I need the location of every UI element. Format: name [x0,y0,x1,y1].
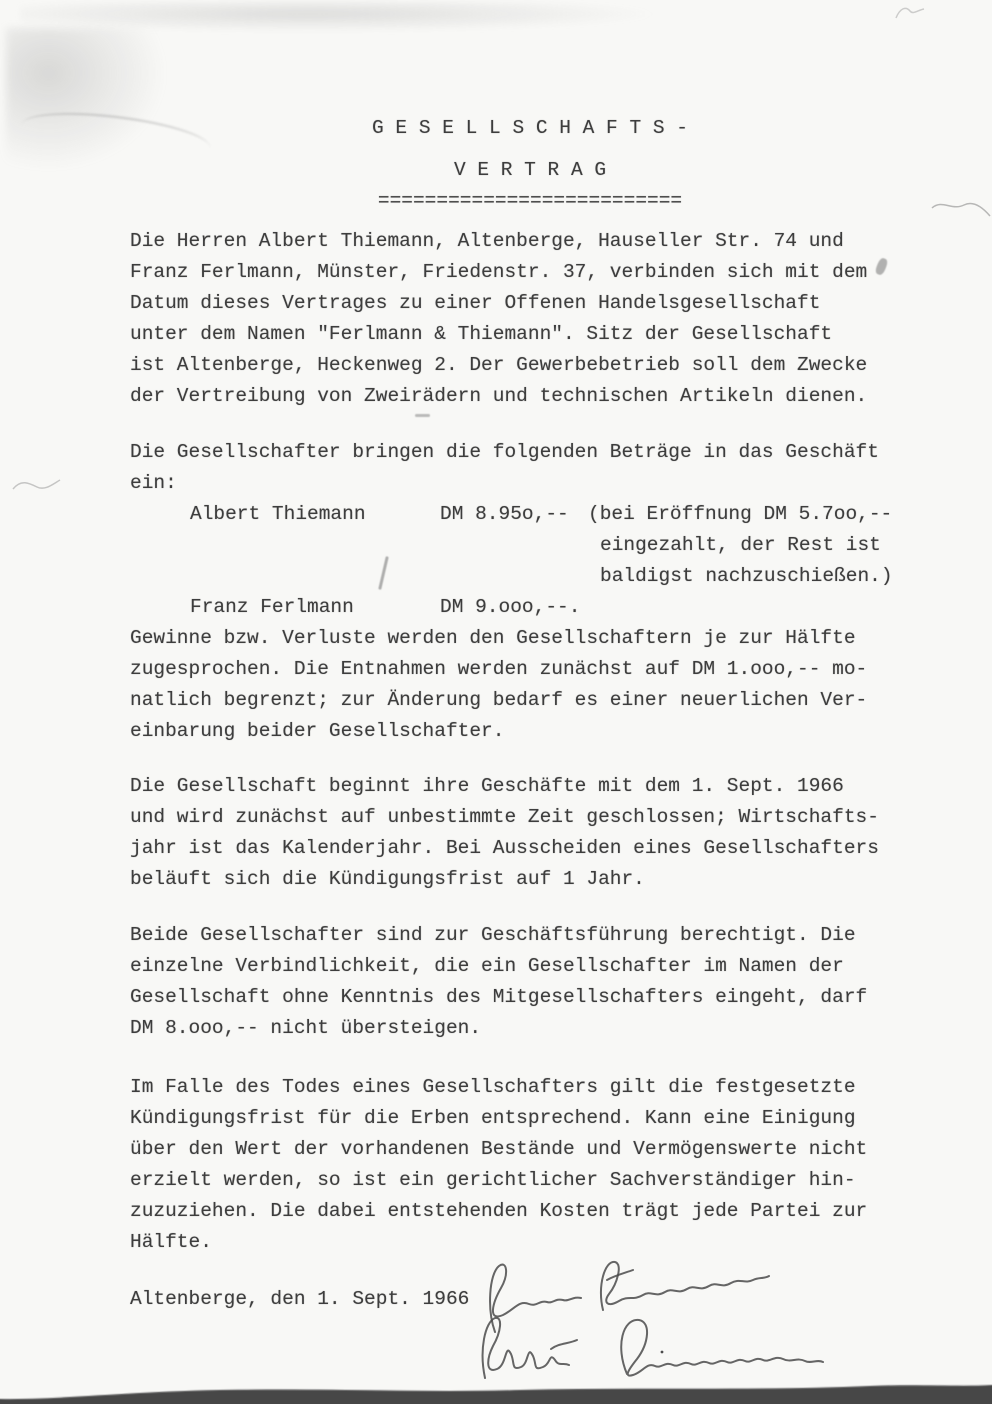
place-date-line: Altenberge, den 1. Sept. 1966 [130,1284,469,1315]
text-line: zuzuziehen. Die dabei entstehenden Koste… [130,1196,930,1227]
signature-franz-ferlmann [490,1262,769,1332]
text-line: ein: [130,468,930,499]
contribution-note-row: baldigst nachzuschießen.) [130,561,930,592]
title-underline-rule: ========================== [130,186,930,217]
paragraph-commencement: Die Gesellschaft beginnt ihre Geschäfte … [130,771,930,895]
scan-artifact-mark [10,472,64,498]
text-line: Gesellschaft ohne Kenntnis des Mitgesell… [130,982,930,1013]
contribution-note: baldigst nachzuschießen.) [600,561,893,592]
text-line: jahr ist das Kalenderjahr. Bei Ausscheid… [130,833,930,864]
text-line: Die Herren Albert Thiemann, Altenberge, … [130,226,930,257]
document-title-line-2: V E R T R A G [130,155,930,186]
text-line: Gewinne bzw. Verluste werden den Gesells… [130,623,930,654]
text-line: Kündigungsfrist für die Erben entspreche… [130,1103,930,1134]
scanner-bed-edge [0,1378,992,1404]
text-line: über den Wert der vorhandenen Bestände u… [130,1134,930,1165]
handwritten-signatures [455,1248,895,1398]
contribution-amount: DM 8.95o,-- [440,499,569,530]
text-line: einzelne Verbindlichkeit, die ein Gesell… [130,951,930,982]
paragraph-death-clause: Im Falle des Todes eines Gesellschafters… [130,1072,930,1258]
text-line: zugesprochen. Die Entnahmen werden zunäc… [130,654,930,685]
paragraph-contributions: Die Gesellschafter bringen die folgenden… [130,437,930,747]
signature-albert-thiemann [483,1318,823,1378]
text-line: erzielt werden, so ist ein gerichtlicher… [130,1165,930,1196]
paragraph-parties: Die Herren Albert Thiemann, Altenberge, … [130,226,930,412]
text-line: Datum dieses Vertrages zu einer Offenen … [130,288,930,319]
contribution-amount: DM 9.ooo,--. [440,592,580,623]
text-line: und wird zunächst auf unbestimmte Zeit g… [130,802,930,833]
partner-name: Albert Thiemann [190,499,366,530]
text-line: Franz Ferlmann, Münster, Friedenstr. 37,… [130,257,930,288]
partner-name: Franz Ferlmann [190,592,354,623]
text-line: Beide Gesellschafter sind zur Geschäftsf… [130,920,930,951]
text-line: beläuft sich die Kündigungsfrist auf 1 J… [130,864,930,895]
scan-artifact-dash [415,414,430,417]
scan-artifact-tick [890,2,930,26]
text-line: Die Gesellschaft beginnt ihre Geschäfte … [130,771,930,802]
scan-artifact-top-smudge [20,2,660,32]
contribution-note-row: eingezahlt, der Rest ist [130,530,930,561]
contribution-row-ferlmann: Franz Ferlmann DM 9.ooo,--. [130,592,930,623]
text-line: natlich begrenzt; zur Änderung bedarf es… [130,685,930,716]
scan-artifact-crease [928,188,992,230]
text-line: Die Gesellschafter bringen die folgenden… [130,437,930,468]
contribution-note: (bei Eröffnung DM 5.7oo,-- [588,499,892,530]
text-line: einbarung beider Gesellschafter. [130,716,930,747]
contribution-row-thiemann: Albert Thiemann DM 8.95o,-- (bei Eröffnu… [130,499,930,530]
text-line: der Vertreibung von Zweirädern und techn… [130,381,930,412]
text-line: DM 8.ooo,-- nicht übersteigen. [130,1013,930,1044]
contribution-note: eingezahlt, der Rest ist [600,530,881,561]
paragraph-management: Beide Gesellschafter sind zur Geschäftsf… [130,920,930,1044]
text-line: unter dem Namen "Ferlmann & Thiemann". S… [130,319,930,350]
document-title-line-1: G E S E L L S C H A F T S - [130,113,930,144]
text-line: ist Altenberge, Heckenweg 2. Der Gewerbe… [130,350,930,381]
scanned-contract-page: G E S E L L S C H A F T S - V E R T R A … [0,0,992,1404]
text-line: Im Falle des Todes eines Gesellschafters… [130,1072,930,1103]
